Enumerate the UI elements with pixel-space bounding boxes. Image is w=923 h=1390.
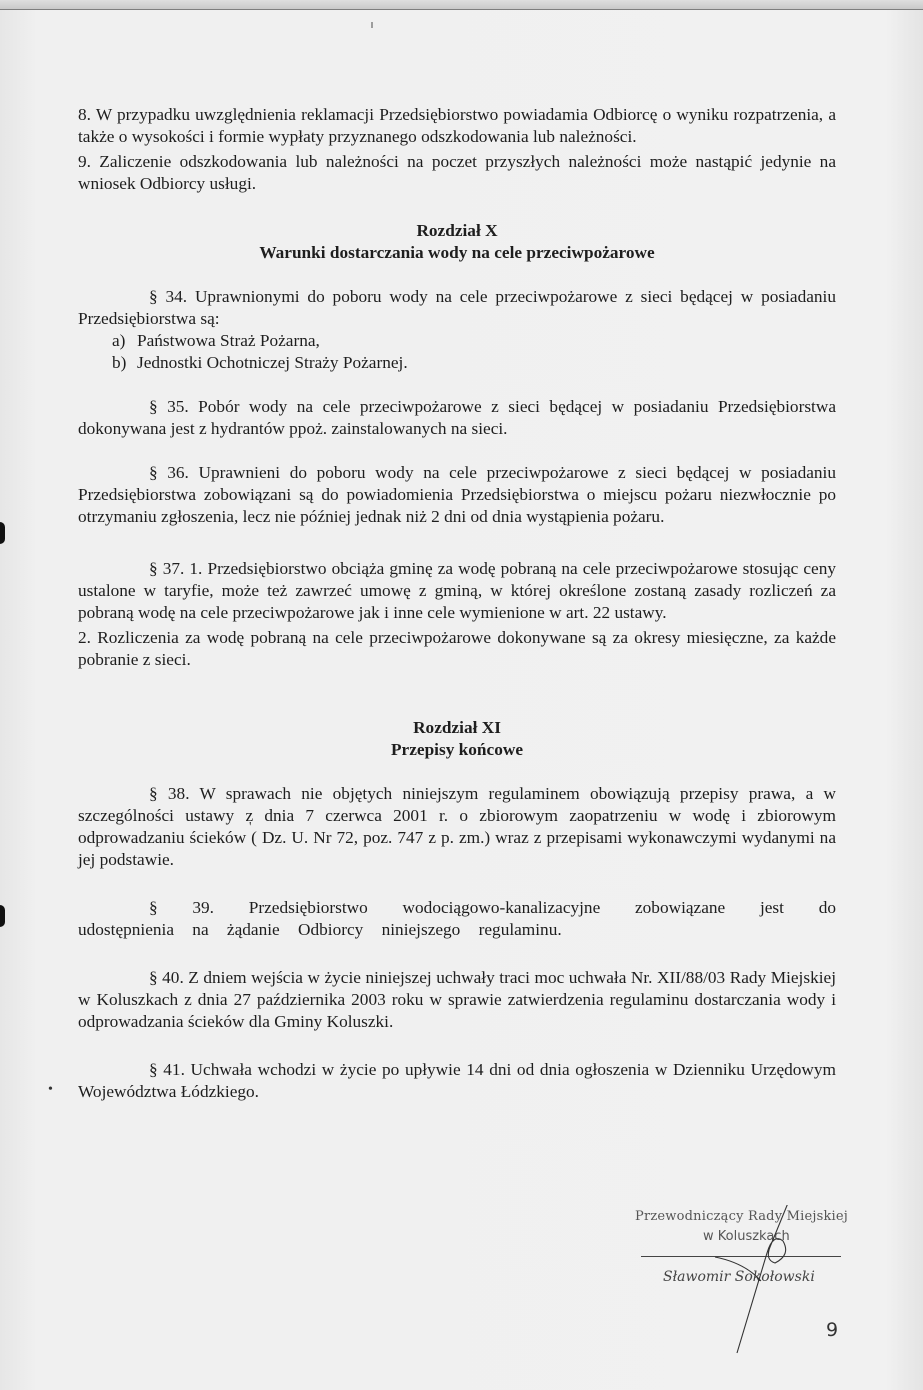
section-41: § 41. Uchwała wchodzi w życie po upływie… (78, 1059, 836, 1103)
paragraph-item-8: 8. W przypadku uwzględnienia reklamacji … (78, 104, 836, 148)
list-item-text: Państwowa Straż Pożarna, (137, 331, 320, 350)
chapter-x-title: Warunki dostarczania wody na cele przeci… (78, 242, 836, 264)
section-37-2: 2. Rozliczenia za wodę pobraną na cele p… (78, 627, 836, 671)
stray-bullet-mark: • (48, 1082, 53, 1098)
scan-speck (371, 22, 373, 28)
page-number: 9 (826, 1319, 838, 1341)
scanned-page: ' • 8. W przypadku uwzględnienia reklama… (0, 0, 923, 1390)
scan-top-edge (0, 0, 923, 10)
section-38: § 38. W sprawach nie objętych niniejszym… (78, 783, 836, 871)
list-item-label: a) (112, 330, 125, 352)
punch-hole-mark (0, 905, 5, 927)
punch-hole-mark (0, 522, 5, 544)
section-36: § 36. Uprawnieni do poboru wody na cele … (78, 462, 836, 528)
signature-block: Przewodniczący Rady Miejskiej w Koluszka… (615, 1205, 895, 1375)
chapter-xi-number: Rozdział XI (78, 717, 836, 739)
list-item-text: Jednostki Ochotniczej Straży Pożarnej. (137, 353, 408, 372)
section-34-list: a)Państwowa Straż Pożarna, b)Jednostki O… (78, 330, 836, 374)
handwritten-signature-icon (615, 1205, 895, 1375)
section-34: § 34. Uprawnionymi do poboru wody na cel… (78, 286, 836, 330)
chapter-xi-title: Przepisy końcowe (78, 739, 836, 761)
list-item-label: b) (112, 352, 126, 374)
list-item: b)Jednostki Ochotniczej Straży Pożarnej. (78, 352, 836, 374)
section-37-1: § 37. 1. Przedsiębiorstwo obciąża gminę … (78, 558, 836, 624)
section-39: § 39. Przedsiębiorstwo wodociągowo-kanal… (78, 897, 836, 941)
section-35: § 35. Pobór wody na cele przeciwpożarowe… (78, 396, 836, 440)
chapter-x-number: Rozdział X (78, 220, 836, 242)
section-40: § 40. Z dniem wejścia w życie niniejszej… (78, 967, 836, 1033)
document-body: 8. W przypadku uwzględnienia reklamacji … (78, 104, 836, 1103)
paragraph-item-9: 9. Zaliczenie odszkodowania lub należnoś… (78, 151, 836, 195)
list-item: a)Państwowa Straż Pożarna, (78, 330, 836, 352)
